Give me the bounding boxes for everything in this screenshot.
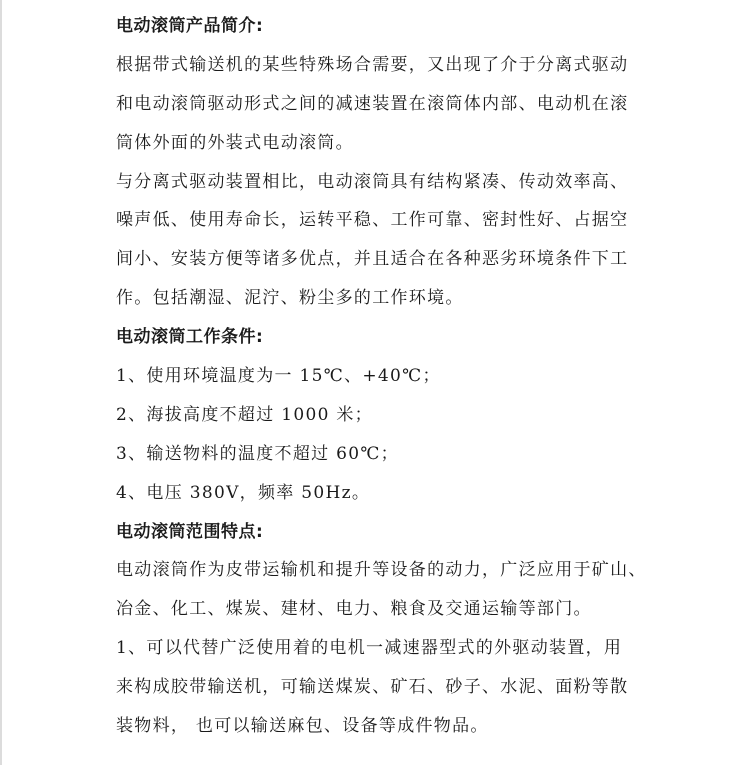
paragraph-line: 噪声低、使用寿命长，运转平稳、工作可靠、密封性好、占据空: [116, 201, 656, 240]
paragraph-line: 筒体外面的外装式电动滚筒。: [116, 124, 656, 163]
paragraph-line: 与分离式驱动装置相比，电动滚筒具有结构紧凑、传动效率高、: [116, 163, 656, 202]
document-body: 电动滚筒产品简介: 根据带式输送机的某些特殊场合需要，又出现了介于分离式驱动 和…: [116, 7, 656, 746]
section-heading: 电动滚筒产品简介:: [116, 7, 656, 46]
paragraph-line: 冶金、化工、煤炭、建材、电力、粮食及交通运输等部门。: [116, 590, 656, 629]
list-item: 1、使用环境温度为一 15℃、+40℃；: [116, 357, 656, 396]
section-scope-features: 电动滚筒范围特点: 电动滚筒作为皮带运输机和提升等设备的动力，广泛应用于矿山、 …: [116, 513, 656, 746]
list-item: 3、输送物料的温度不超过 60℃；: [116, 435, 656, 474]
page-left-border: [0, 0, 2, 765]
section-heading: 电动滚筒范围特点:: [116, 513, 656, 552]
paragraph-line: 1、可以代替广泛使用着的电机一减速器型式的外驱动装置，用: [116, 629, 656, 668]
paragraph-line: 来构成胶带输送机，可输送煤炭、矿石、砂子、水泥、面粉等散: [116, 668, 656, 707]
list-item: 4、电压 380V，频率 50Hz。: [116, 474, 656, 513]
section-product-intro: 电动滚筒产品简介: 根据带式输送机的某些特殊场合需要，又出现了介于分离式驱动 和…: [116, 7, 656, 318]
paragraph-line: 电动滚筒作为皮带运输机和提升等设备的动力，广泛应用于矿山、: [116, 551, 656, 590]
list-item: 2、海拔高度不超过 1000 米；: [116, 396, 656, 435]
paragraph-line: 间小、安装方便等诸多优点，并且适合在各种恶劣环境条件下工: [116, 240, 656, 279]
paragraph-line: 和电动滚筒驱动形式之间的减速装置在滚筒体内部、电动机在滚: [116, 85, 656, 124]
section-heading: 电动滚筒工作条件:: [116, 318, 656, 357]
paragraph-line: 根据带式输送机的某些特殊场合需要，又出现了介于分离式驱动: [116, 46, 656, 85]
paragraph-line: 装物料， 也可以输送麻包、设备等成件物品。: [116, 707, 656, 746]
paragraph-line: 作。包括潮湿、泥泞、粉尘多的工作环境。: [116, 279, 656, 318]
section-working-conditions: 电动滚筒工作条件: 1、使用环境温度为一 15℃、+40℃； 2、海拔高度不超过…: [116, 318, 656, 512]
